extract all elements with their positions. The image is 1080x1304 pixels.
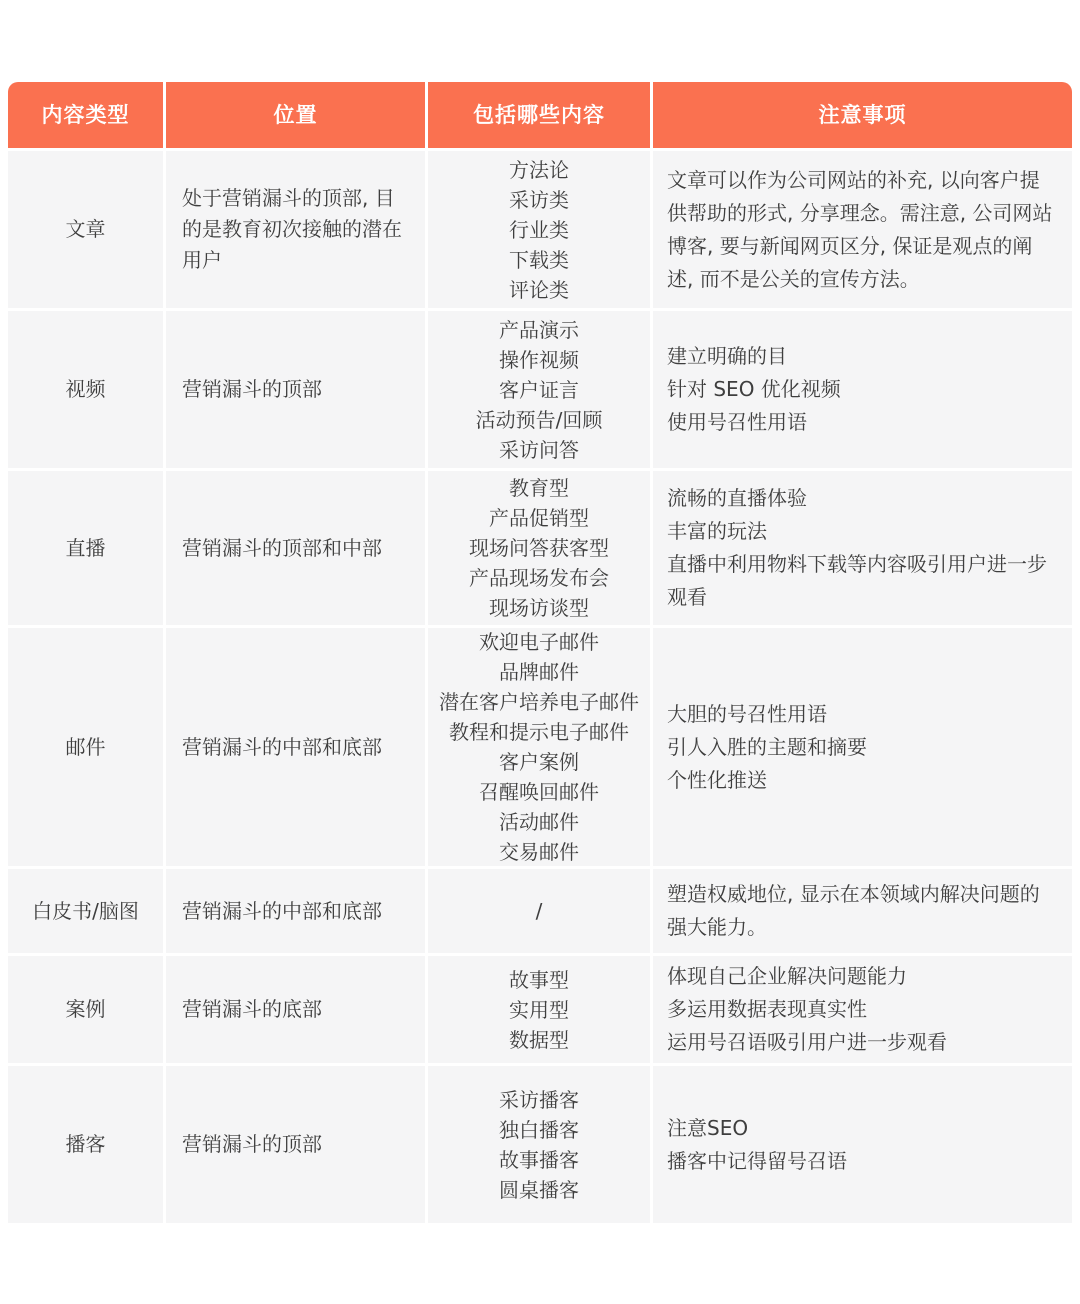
cell-position: 营销漏斗的顶部和中部 (166, 471, 425, 625)
include-item: 产品现场发布会 (434, 563, 644, 593)
position-text: 营销漏斗的顶部和中部 (182, 533, 409, 564)
content-type-label: 文章 (8, 214, 163, 245)
include-item: 活动邮件 (434, 807, 644, 837)
cell-content-type: 播客 (8, 1066, 163, 1223)
include-item: 现场访谈型 (434, 593, 644, 623)
include-item: 实用型 (434, 995, 644, 1025)
include-item: 产品演示 (434, 315, 644, 345)
note-line: 针对 SEO 优化视频 (667, 373, 1058, 406)
include-item: 活动预告/回顾 (434, 405, 644, 435)
include-item: 教程和提示电子邮件 (434, 717, 644, 747)
cell-notes: 大胆的号召性用语引人入胜的主题和摘要个性化推送 (653, 628, 1072, 866)
include-item: 客户案例 (434, 747, 644, 777)
include-item: 行业类 (434, 215, 644, 245)
cell-content-type: 邮件 (8, 628, 163, 866)
note-line: 引人入胜的主题和摘要 (667, 731, 1058, 764)
note-line: 建立明确的目 (667, 340, 1058, 373)
cell-notes: 塑造权威地位, 显示在本领域内解决问题的强大能力。 (653, 869, 1072, 953)
position-text: 营销漏斗的顶部 (182, 1129, 409, 1160)
include-item: 潜在客户培养电子邮件 (434, 687, 644, 717)
include-item: 故事播客 (434, 1145, 644, 1175)
include-item: 品牌邮件 (434, 657, 644, 687)
position-text: 营销漏斗的中部和底部 (182, 732, 409, 763)
note-line: 多运用数据表现真实性 (667, 993, 1058, 1026)
position-text: 营销漏斗的中部和底部 (182, 896, 409, 927)
cell-position: 营销漏斗的中部和底部 (166, 628, 425, 866)
cell-notes: 建立明确的目针对 SEO 优化视频使用号召性用语 (653, 311, 1072, 468)
include-item: 操作视频 (434, 345, 644, 375)
include-item: 采访类 (434, 185, 644, 215)
include-item: 客户证言 (434, 375, 644, 405)
cell-position: 营销漏斗的中部和底部 (166, 869, 425, 953)
cell-position: 营销漏斗的顶部 (166, 311, 425, 468)
note-line: 注意SEO (667, 1112, 1058, 1145)
position-text: 营销漏斗的底部 (182, 994, 409, 1025)
cell-content-type: 白皮书/脑图 (8, 869, 163, 953)
cell-position: 处于营销漏斗的顶部, 目的是教育初次接触的潜在用户 (166, 151, 425, 308)
include-item: 产品促销型 (434, 503, 644, 533)
note-line: 直播中利用物料下载等内容吸引用户进一步观看 (667, 548, 1058, 614)
include-item: 现场问答获客型 (434, 533, 644, 563)
cell-includes: 采访播客独白播客故事播客圆桌播客 (428, 1066, 650, 1223)
position-text: 营销漏斗的顶部 (182, 374, 409, 405)
include-item: 交易邮件 (434, 837, 644, 866)
note-line: 个性化推送 (667, 764, 1058, 797)
note-line: 丰富的玩法 (667, 515, 1058, 548)
position-text: 处于营销漏斗的顶部, 目的是教育初次接触的潜在用户 (182, 183, 409, 276)
include-item: 故事型 (434, 965, 644, 995)
include-item: 采访问答 (434, 435, 644, 465)
cell-notes: 体现自己企业解决问题能力多运用数据表现真实性运用号召语吸引用户进一步观看 (653, 956, 1072, 1063)
content-type-label: 播客 (8, 1129, 163, 1160)
column-header-content-type: 内容类型 (8, 82, 163, 148)
column-header-notes: 注意事项 (653, 82, 1072, 148)
content-type-label: 邮件 (8, 732, 163, 763)
cell-includes: / (428, 869, 650, 953)
content-type-label: 白皮书/脑图 (8, 896, 163, 927)
cell-includes: 产品演示操作视频客户证言活动预告/回顾采访问答 (428, 311, 650, 468)
include-item: 圆桌播客 (434, 1175, 644, 1205)
include-item: 方法论 (434, 155, 644, 185)
cell-content-type: 直播 (8, 471, 163, 625)
content-table: 内容类型 位置 包括哪些内容 注意事项 文章处于营销漏斗的顶部, 目的是教育初次… (8, 82, 1072, 1223)
include-item: 欢迎电子邮件 (434, 628, 644, 657)
cell-includes: 方法论采访类行业类下载类评论类 (428, 151, 650, 308)
cell-includes: 故事型实用型数据型 (428, 956, 650, 1063)
column-header-includes: 包括哪些内容 (428, 82, 650, 148)
include-item: 数据型 (434, 1025, 644, 1055)
content-type-label: 直播 (8, 533, 163, 564)
include-item: 召醒唤回邮件 (434, 777, 644, 807)
cell-includes: 教育型产品促销型现场问答获客型产品现场发布会现场访谈型 (428, 471, 650, 625)
include-item: 独白播客 (434, 1115, 644, 1145)
note-line: 流畅的直播体验 (667, 482, 1058, 515)
cell-content-type: 视频 (8, 311, 163, 468)
note-line: 运用号召语吸引用户进一步观看 (667, 1026, 1058, 1059)
include-item: / (434, 896, 644, 926)
include-item: 评论类 (434, 275, 644, 305)
cell-includes: 欢迎电子邮件品牌邮件潜在客户培养电子邮件教程和提示电子邮件客户案例召醒唤回邮件活… (428, 628, 650, 866)
column-header-position: 位置 (166, 82, 425, 148)
note-line: 塑造权威地位, 显示在本领域内解决问题的强大能力。 (667, 878, 1058, 944)
include-item: 采访播客 (434, 1085, 644, 1115)
cell-position: 营销漏斗的底部 (166, 956, 425, 1063)
include-item: 教育型 (434, 473, 644, 503)
note-line: 大胆的号召性用语 (667, 698, 1058, 731)
cell-content-type: 案例 (8, 956, 163, 1063)
cell-notes: 流畅的直播体验丰富的玩法直播中利用物料下载等内容吸引用户进一步观看 (653, 471, 1072, 625)
note-line: 使用号召性用语 (667, 406, 1058, 439)
content-type-label: 案例 (8, 994, 163, 1025)
note-line: 播客中记得留号召语 (667, 1145, 1058, 1178)
cell-notes: 注意SEO播客中记得留号召语 (653, 1066, 1072, 1223)
cell-position: 营销漏斗的顶部 (166, 1066, 425, 1223)
cell-content-type: 文章 (8, 151, 163, 308)
note-line: 体现自己企业解决问题能力 (667, 960, 1058, 993)
note-line: 文章可以作为公司网站的补充, 以向客户提供帮助的形式, 分享理念。需注意, 公司… (667, 164, 1058, 296)
cell-notes: 文章可以作为公司网站的补充, 以向客户提供帮助的形式, 分享理念。需注意, 公司… (653, 151, 1072, 308)
content-type-label: 视频 (8, 374, 163, 405)
include-item: 下载类 (434, 245, 644, 275)
